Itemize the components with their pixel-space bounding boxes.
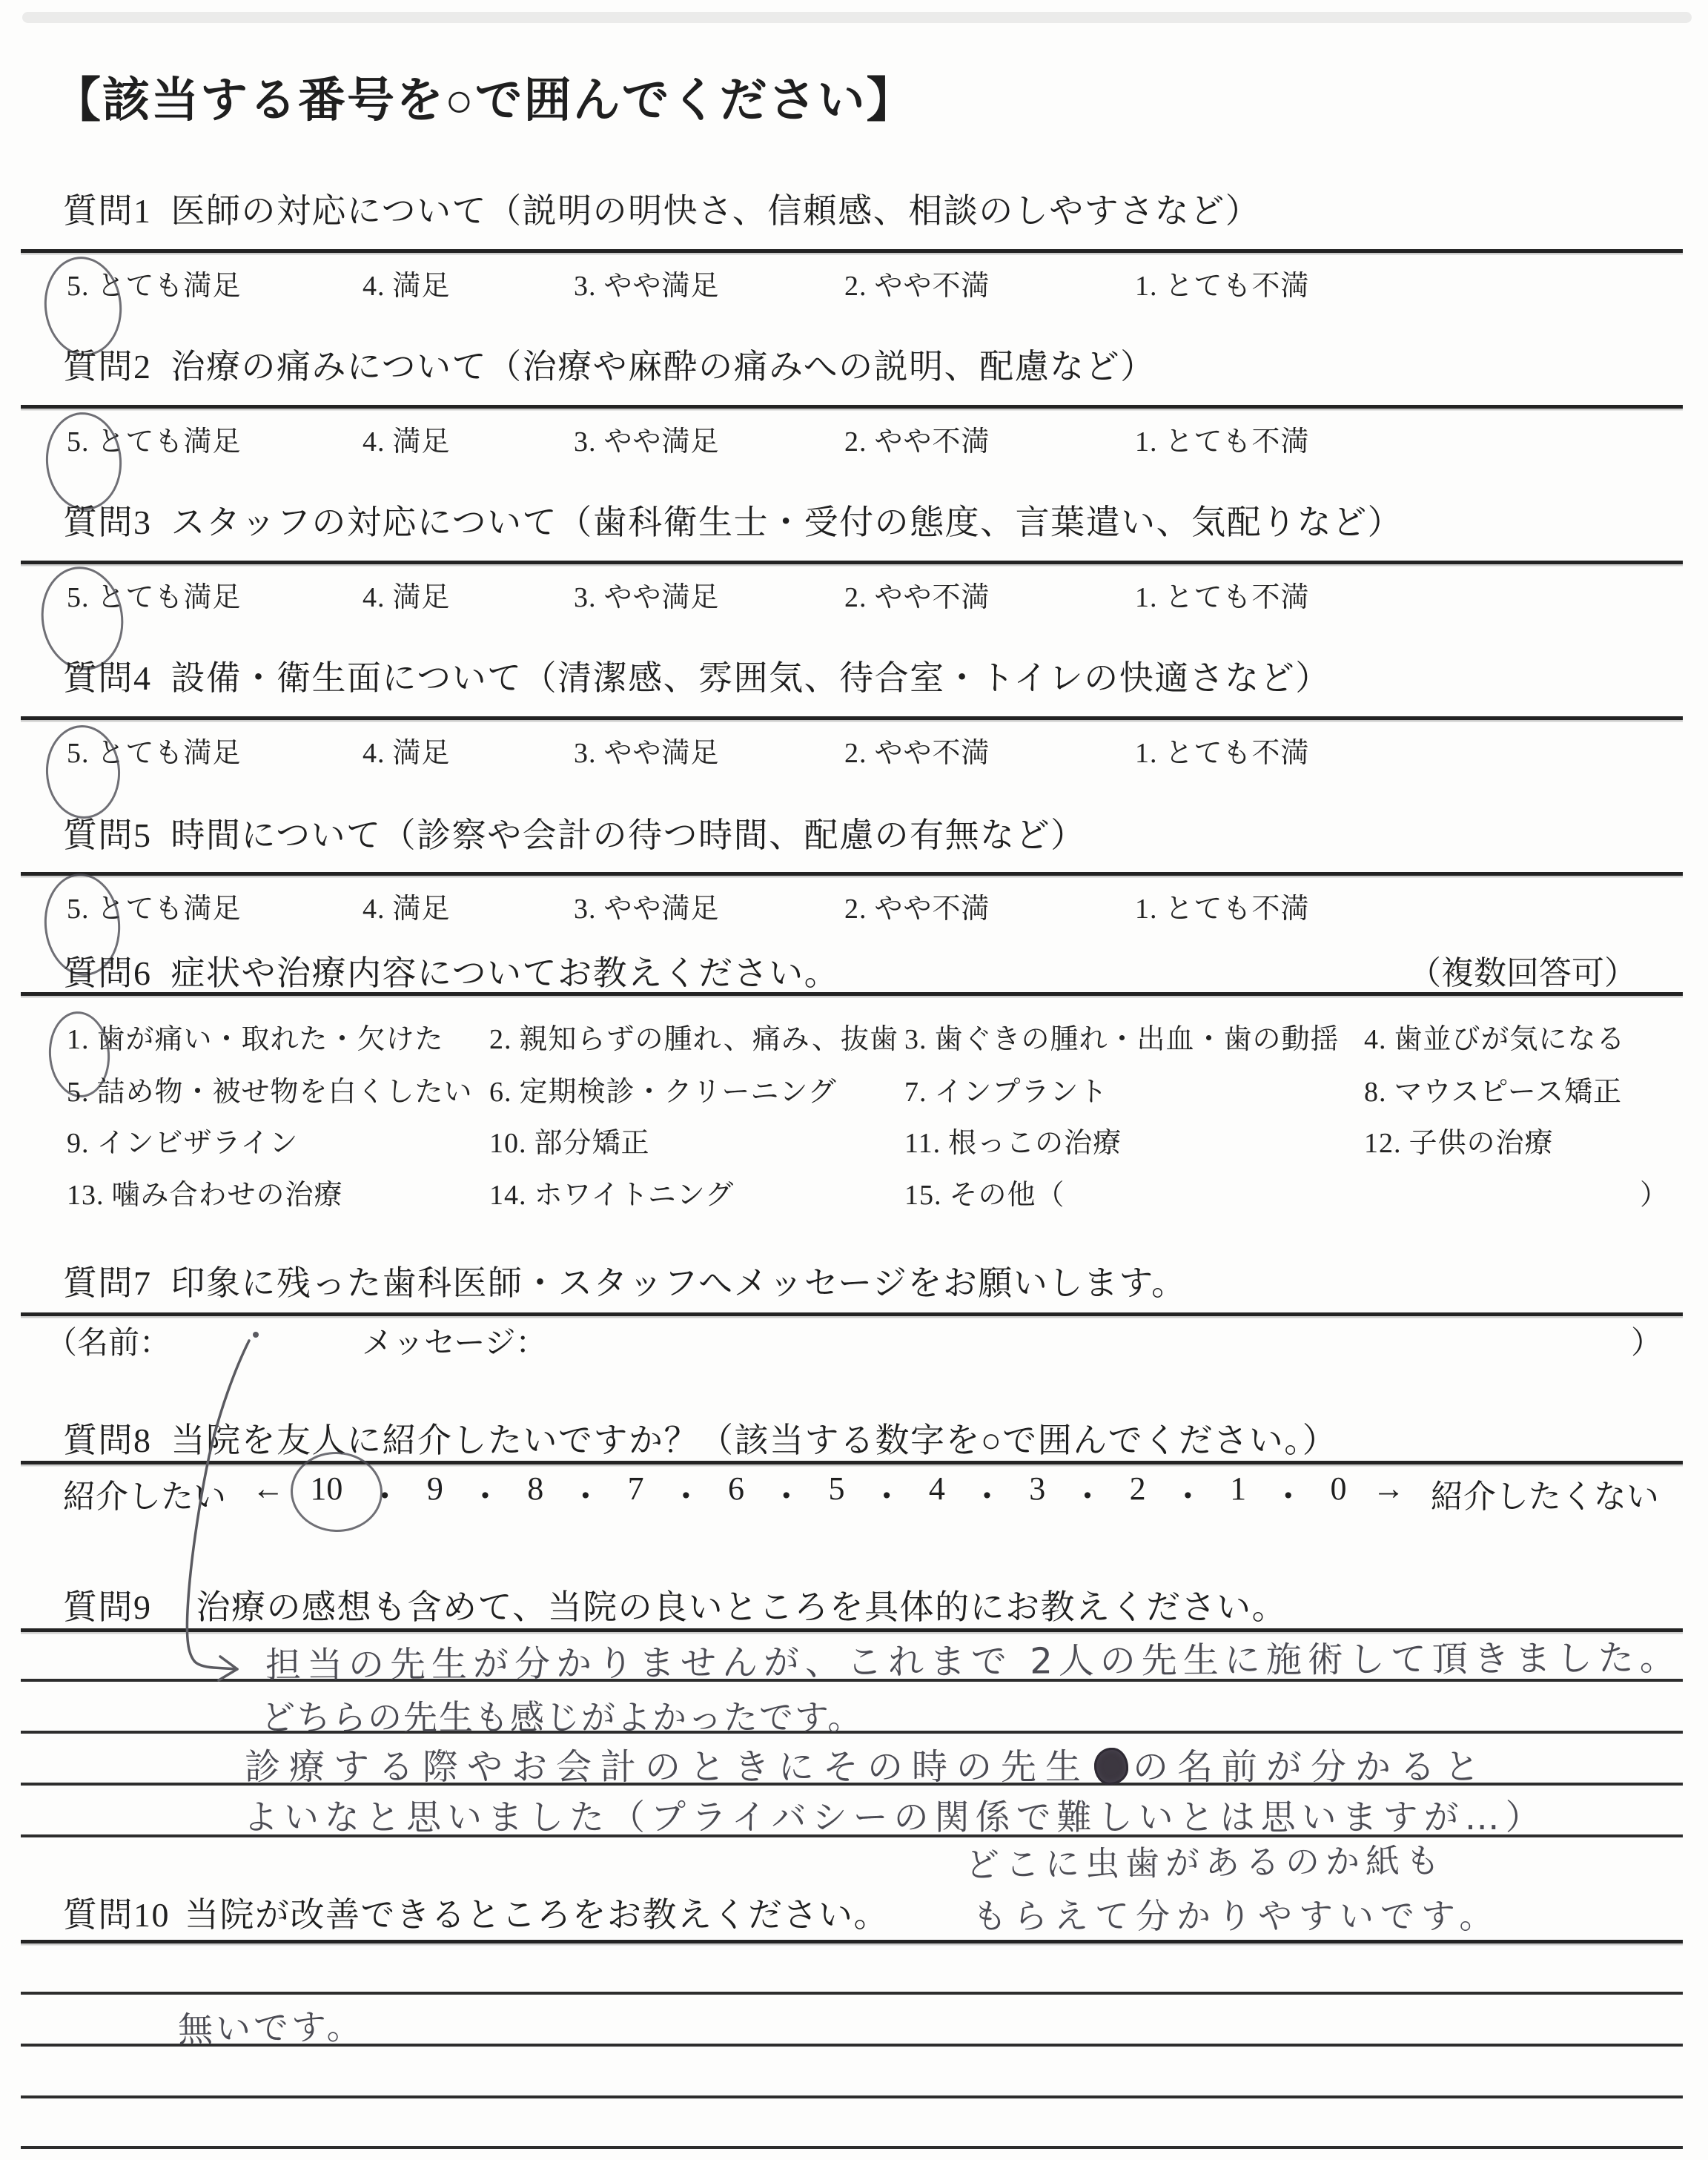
ruled-line (21, 249, 1683, 253)
question-2-label: 質問2 (63, 348, 152, 386)
answer-ruled-line (21, 1992, 1683, 1995)
option-label: インビザライン (97, 1128, 299, 1159)
nps-number-6: 6 (728, 1470, 744, 1507)
option-number: 1. (1135, 738, 1158, 769)
question-9-heading: 質問9治療の感想も含めて、当院の良いところを具体的にお教えください。 (63, 1580, 1287, 1629)
option-number: 3. (574, 894, 597, 925)
nps-number-10: 10 (310, 1470, 342, 1507)
option-label: ホワイトニング (534, 1180, 735, 1211)
question-5-label: 質問5 (63, 816, 152, 854)
right-arrow-icon: → (1372, 1470, 1405, 1507)
question-1-title: 医師の対応について（説明の明快さ、信頼感、相談のしやすさなど） (171, 192, 1261, 230)
option-number: 2. (489, 1024, 512, 1055)
nps-number-5: 5 (828, 1470, 844, 1507)
q5-option-5: 5.とても満足 (67, 885, 242, 926)
nps-number-7: 7 (628, 1470, 644, 1507)
q6-option-2: 2.親知らずの腫れ、痛み、抜歯 (489, 1016, 898, 1057)
question-3-title: スタッフの対応について（歯科衛生士・受付の態度、言葉遣い、気配りなど） (171, 503, 1403, 541)
scan-artifact-band (22, 12, 1692, 23)
option-label: やや満足 (604, 894, 720, 925)
option-number: 2. (844, 738, 867, 769)
option-number: 13. (67, 1180, 105, 1211)
option-label: やや不満 (875, 894, 990, 925)
option-label: とても不満 (1165, 894, 1310, 925)
option-number: 2. (844, 582, 867, 613)
option-number: 5. (67, 1077, 90, 1108)
nps-dot-separator: ・ (569, 1470, 602, 1517)
q6-option-3: 3.歯ぐきの腫れ・出血・歯の動揺 (904, 1016, 1340, 1057)
nps-scale: 紹介したい ← 10 ・ 9 ・ 8 ・ 7 ・ 6 ・ 5 ・ 4 ・ 3 ・… (63, 1470, 1659, 1517)
q3-option-5: 5.とても満足 (67, 574, 242, 615)
q3-option-1: 1.とても不満 (1135, 574, 1310, 615)
q2-option-3: 3.やや満足 (574, 418, 720, 459)
q1-option-4: 4.満足 (363, 262, 451, 303)
option-label: 満足 (393, 738, 451, 769)
q6-option-9: 9.インビザライン (67, 1120, 298, 1160)
option-label: とても不満 (1165, 271, 1310, 302)
ink-scribble-blot (1094, 1748, 1128, 1785)
q6-option-1: 1.歯が痛い・取れた・欠けた (67, 1016, 444, 1057)
option-number: 4. (1364, 1024, 1387, 1055)
option-number: 15. (904, 1180, 942, 1211)
question-6-title: 症状や治療内容についてお教えください。 (171, 954, 840, 992)
q6-option-10: 10.部分矯正 (489, 1120, 650, 1160)
question-4-label: 質問4 (63, 659, 152, 697)
option-number: 1. (1135, 271, 1158, 302)
option-label: やや満足 (604, 426, 720, 458)
answer-ruled-line (21, 2146, 1683, 2149)
q2-option-5: 5.とても満足 (67, 418, 242, 459)
option-number: 1. (1135, 426, 1158, 458)
nps-number-9: 9 (427, 1470, 443, 1507)
q5-option-3: 3.やや満足 (574, 885, 720, 926)
option-number: 11. (904, 1128, 941, 1159)
form-title: 【該当する番号を○で囲んでください】 (53, 62, 916, 131)
question-8-label: 質問8 (63, 1421, 152, 1459)
option-number: 1. (1135, 582, 1158, 613)
question-1-label: 質問1 (63, 192, 152, 230)
option-number: 2. (844, 271, 867, 302)
nps-number-0: 0 (1330, 1470, 1346, 1507)
q5-option-1: 1.とても不満 (1135, 885, 1310, 926)
nps-dot-separator: ・ (469, 1470, 502, 1517)
option-label: 満足 (393, 426, 451, 458)
message-field-label: メッセージ： (362, 1318, 546, 1363)
q2-option-4: 4.満足 (363, 418, 451, 459)
q9-handwritten-line-3: 診療する際やお会計のときにその時の先生の名前が分かると (245, 1738, 1489, 1789)
name-field-label: （名前： (46, 1318, 171, 1363)
question-3-heading: 質問3スタッフの対応について（歯科衛生士・受付の態度、言葉遣い、気配りなど） (63, 495, 1403, 544)
question-4-title: 設備・衛生面について（清潔感、雰囲気、待合室・トイレの快適さなど） (171, 659, 1331, 697)
option-number: 3. (574, 738, 597, 769)
nps-right-label: 紹介したくない (1431, 1470, 1659, 1517)
option-label: やや不満 (875, 426, 990, 458)
ruled-line (21, 872, 1683, 876)
q2-option-1: 1.とても不満 (1135, 418, 1310, 459)
q6-option-4: 4.歯並びが気になる (1364, 1016, 1626, 1057)
question-3-label: 質問3 (63, 503, 152, 541)
option-number: 2. (844, 894, 867, 925)
nps-left-label: 紹介したい (63, 1470, 226, 1517)
question-6-label: 質問6 (63, 954, 152, 992)
option-label: 満足 (393, 582, 451, 613)
multi-answer-note: （複数回答可） (1409, 946, 1637, 994)
question-8-heading: 質問8当院を友人に紹介したいですか？（該当する数字を○で囲んでください。） (63, 1413, 1337, 1462)
option-label: 噛み合わせの治療 (112, 1180, 343, 1211)
question-7-title: 印象に残った歯科医師・スタッフへメッセージをお願いします。 (171, 1264, 1187, 1302)
q9-handwritten-line-2: どちらの先生も感じがよかったです。 (261, 1691, 863, 1740)
ruled-line (21, 1940, 1683, 1943)
option-label: 歯が痛い・取れた・欠けた (97, 1024, 444, 1055)
option-label: 満足 (393, 271, 451, 302)
nps-dot-separator: ・ (971, 1470, 1004, 1517)
option-label: とても不満 (1165, 738, 1310, 769)
nps-number-4: 4 (929, 1470, 945, 1507)
q4-option-4: 4.満足 (363, 730, 451, 770)
option-label: インプラント (935, 1077, 1108, 1108)
option-label: とても不満 (1165, 426, 1310, 458)
option-label: 満足 (393, 894, 451, 925)
question-2-heading: 質問2治療の痛みについて（治療や麻酔の痛みへの説明、配慮など） (63, 340, 1156, 389)
question-10-label: 質問10 (63, 1896, 170, 1934)
nps-dot-separator: ・ (1171, 1470, 1204, 1517)
q6-option-12: 12.子供の治療 (1364, 1120, 1554, 1160)
question-10-heading: 質問10当院が改善できるところをお教えください。 (63, 1888, 889, 1937)
close-paren: ） (1631, 1318, 1662, 1363)
option-number: 4. (363, 582, 385, 613)
q6-option-7: 7.インプラント (904, 1069, 1108, 1109)
q3-option-3: 3.やや満足 (574, 574, 720, 615)
option-label: やや満足 (604, 271, 720, 302)
q9-handwritten-line-6: もらえて分かりやすいです。 (973, 1889, 1500, 1938)
q6-option-5: 5.詰め物・被せ物を白くしたい (67, 1069, 473, 1109)
option-number: 2. (844, 426, 867, 458)
option-label: とても不満 (1165, 582, 1310, 613)
nps-number-8: 8 (527, 1470, 543, 1507)
question-7-label: 質問7 (63, 1264, 152, 1302)
nps-dot-separator: ・ (770, 1470, 803, 1517)
question-6-heading: 質問6症状や治療内容についてお教えください。 (63, 946, 839, 995)
question-5-title: 時間について（診察や会計の待つ時間、配慮の有無など） (171, 816, 1086, 854)
option-label: やや満足 (604, 582, 720, 613)
question-9-label: 質問9 (63, 1588, 152, 1626)
option-label: マウスピース矯正 (1394, 1077, 1622, 1108)
q4-option-5: 5.とても満足 (67, 730, 242, 770)
nps-dot-separator: ・ (1272, 1470, 1305, 1517)
q9-handwritten-line-5: どこに虫歯があるのか紙も (965, 1834, 1446, 1887)
nps-number-2: 2 (1130, 1470, 1146, 1507)
option-number: 1. (1135, 894, 1158, 925)
nps-number-3: 3 (1029, 1470, 1045, 1507)
option-label: 歯並びが気になる (1394, 1024, 1626, 1055)
dental-survey-scan: 【該当する番号を○で囲んでください】 質問1医師の対応について（説明の明快さ、信… (0, 0, 1708, 2160)
option-number: 14. (489, 1180, 527, 1211)
q5-option-2: 2.やや不満 (844, 885, 990, 926)
q6-option-11: 11.根っこの治療 (904, 1120, 1122, 1160)
option-label: その他（ (950, 1180, 1065, 1211)
option-number: 7. (904, 1077, 927, 1108)
q4-option-3: 3.やや満足 (574, 730, 720, 770)
q3-option-4: 4.満足 (363, 574, 451, 615)
ruled-line (21, 405, 1683, 409)
q3-option-2: 2.やや不満 (844, 574, 990, 615)
option-number: 3. (904, 1024, 927, 1055)
q6-option-14: 14.ホワイトニング (489, 1172, 734, 1212)
q6-option-8: 8.マウスピース矯正 (1364, 1069, 1622, 1109)
option-label: 親知らずの腫れ、痛み、抜歯 (520, 1024, 899, 1055)
q6-other-close-paren: ） (1640, 1172, 1669, 1212)
ruled-line (21, 1461, 1683, 1464)
option-label: 定期検診・クリーニング (520, 1077, 837, 1108)
option-number: 8. (1364, 1077, 1387, 1108)
option-number: 3. (574, 426, 597, 458)
q2-option-2: 2.やや不満 (844, 418, 990, 459)
option-label: 詰め物・被せ物を白くしたい (97, 1077, 473, 1108)
q4-option-1: 1.とても不満 (1135, 730, 1310, 770)
option-number: 4. (363, 426, 385, 458)
q6-option-15: 15.その他（ (904, 1172, 1065, 1212)
nps-number-1: 1 (1230, 1470, 1246, 1507)
nps-dot-separator: ・ (870, 1470, 903, 1517)
q1-option-1: 1.とても不満 (1135, 262, 1310, 303)
ruled-line (21, 716, 1683, 720)
q10-handwritten-answer: 無いです。 (177, 1999, 364, 2052)
option-label: 根っこの治療 (948, 1128, 1122, 1159)
option-number: 12. (1364, 1128, 1402, 1159)
ruled-line (21, 1312, 1683, 1316)
q9-handwritten-line-1: 担当の先生が分かりませんが、これまで 2人の先生に施術して頂きました。 (265, 1629, 1681, 1688)
option-number: 3. (574, 271, 597, 302)
left-arrow-icon: ← (252, 1470, 285, 1507)
option-label: やや不満 (875, 271, 990, 302)
question-4-heading: 質問4設備・衛生面について（清潔感、雰囲気、待合室・トイレの快適さなど） (63, 651, 1331, 700)
question-5-heading: 質問5時間について（診察や会計の待つ時間、配慮の有無など） (63, 808, 1086, 857)
q9-handwritten-line-4: よいなと思いました（プライバシーの関係で難しいとは思いますが…） (243, 1790, 1546, 1840)
option-label: やや満足 (604, 738, 720, 769)
question-7-heading: 質問7印象に残った歯科医師・スタッフへメッセージをお願いします。 (63, 1256, 1187, 1305)
nps-dot-separator: ・ (1071, 1470, 1104, 1517)
q6-option-6: 6.定期検診・クリーニング (489, 1069, 837, 1109)
q1-option-3: 3.やや満足 (574, 262, 720, 303)
ruled-line (21, 992, 1683, 996)
option-number: 4. (363, 738, 385, 769)
option-number: 6. (489, 1077, 512, 1108)
option-label: 歯ぐきの腫れ・出血・歯の動揺 (935, 1024, 1340, 1055)
option-number: 4. (363, 271, 385, 302)
question-10-title: 当院が改善できるところをお教えください。 (185, 1896, 889, 1934)
q5-option-4: 4.満足 (363, 885, 451, 926)
question-2-title: 治療の痛みについて（治療や麻酔の痛みへの説明、配慮など） (171, 348, 1156, 386)
question-1-heading: 質問1医師の対応について（説明の明快さ、信頼感、相談のしやすさなど） (63, 184, 1260, 233)
option-number: 4. (363, 894, 385, 925)
option-number: 10. (489, 1128, 527, 1159)
q4-option-2: 2.やや不満 (844, 730, 990, 770)
option-label: やや不満 (875, 738, 990, 769)
nps-dot-separator: ・ (669, 1470, 702, 1517)
option-label: 部分矯正 (534, 1128, 650, 1159)
ruled-line (21, 561, 1683, 564)
q1-option-5: 5.とても満足 (67, 262, 242, 303)
option-number: 3. (574, 582, 597, 613)
option-label: 子供の治療 (1409, 1128, 1554, 1159)
q1-option-2: 2.やや不満 (844, 262, 990, 303)
answer-ruled-line (21, 2095, 1683, 2098)
option-label: やや不満 (875, 582, 990, 613)
q6-option-13: 13.噛み合わせの治療 (67, 1172, 343, 1212)
option-number: 9. (67, 1128, 90, 1159)
question-9-title: 治療の感想も含めて、当院の良いところを具体的にお教えください。 (196, 1588, 1288, 1626)
